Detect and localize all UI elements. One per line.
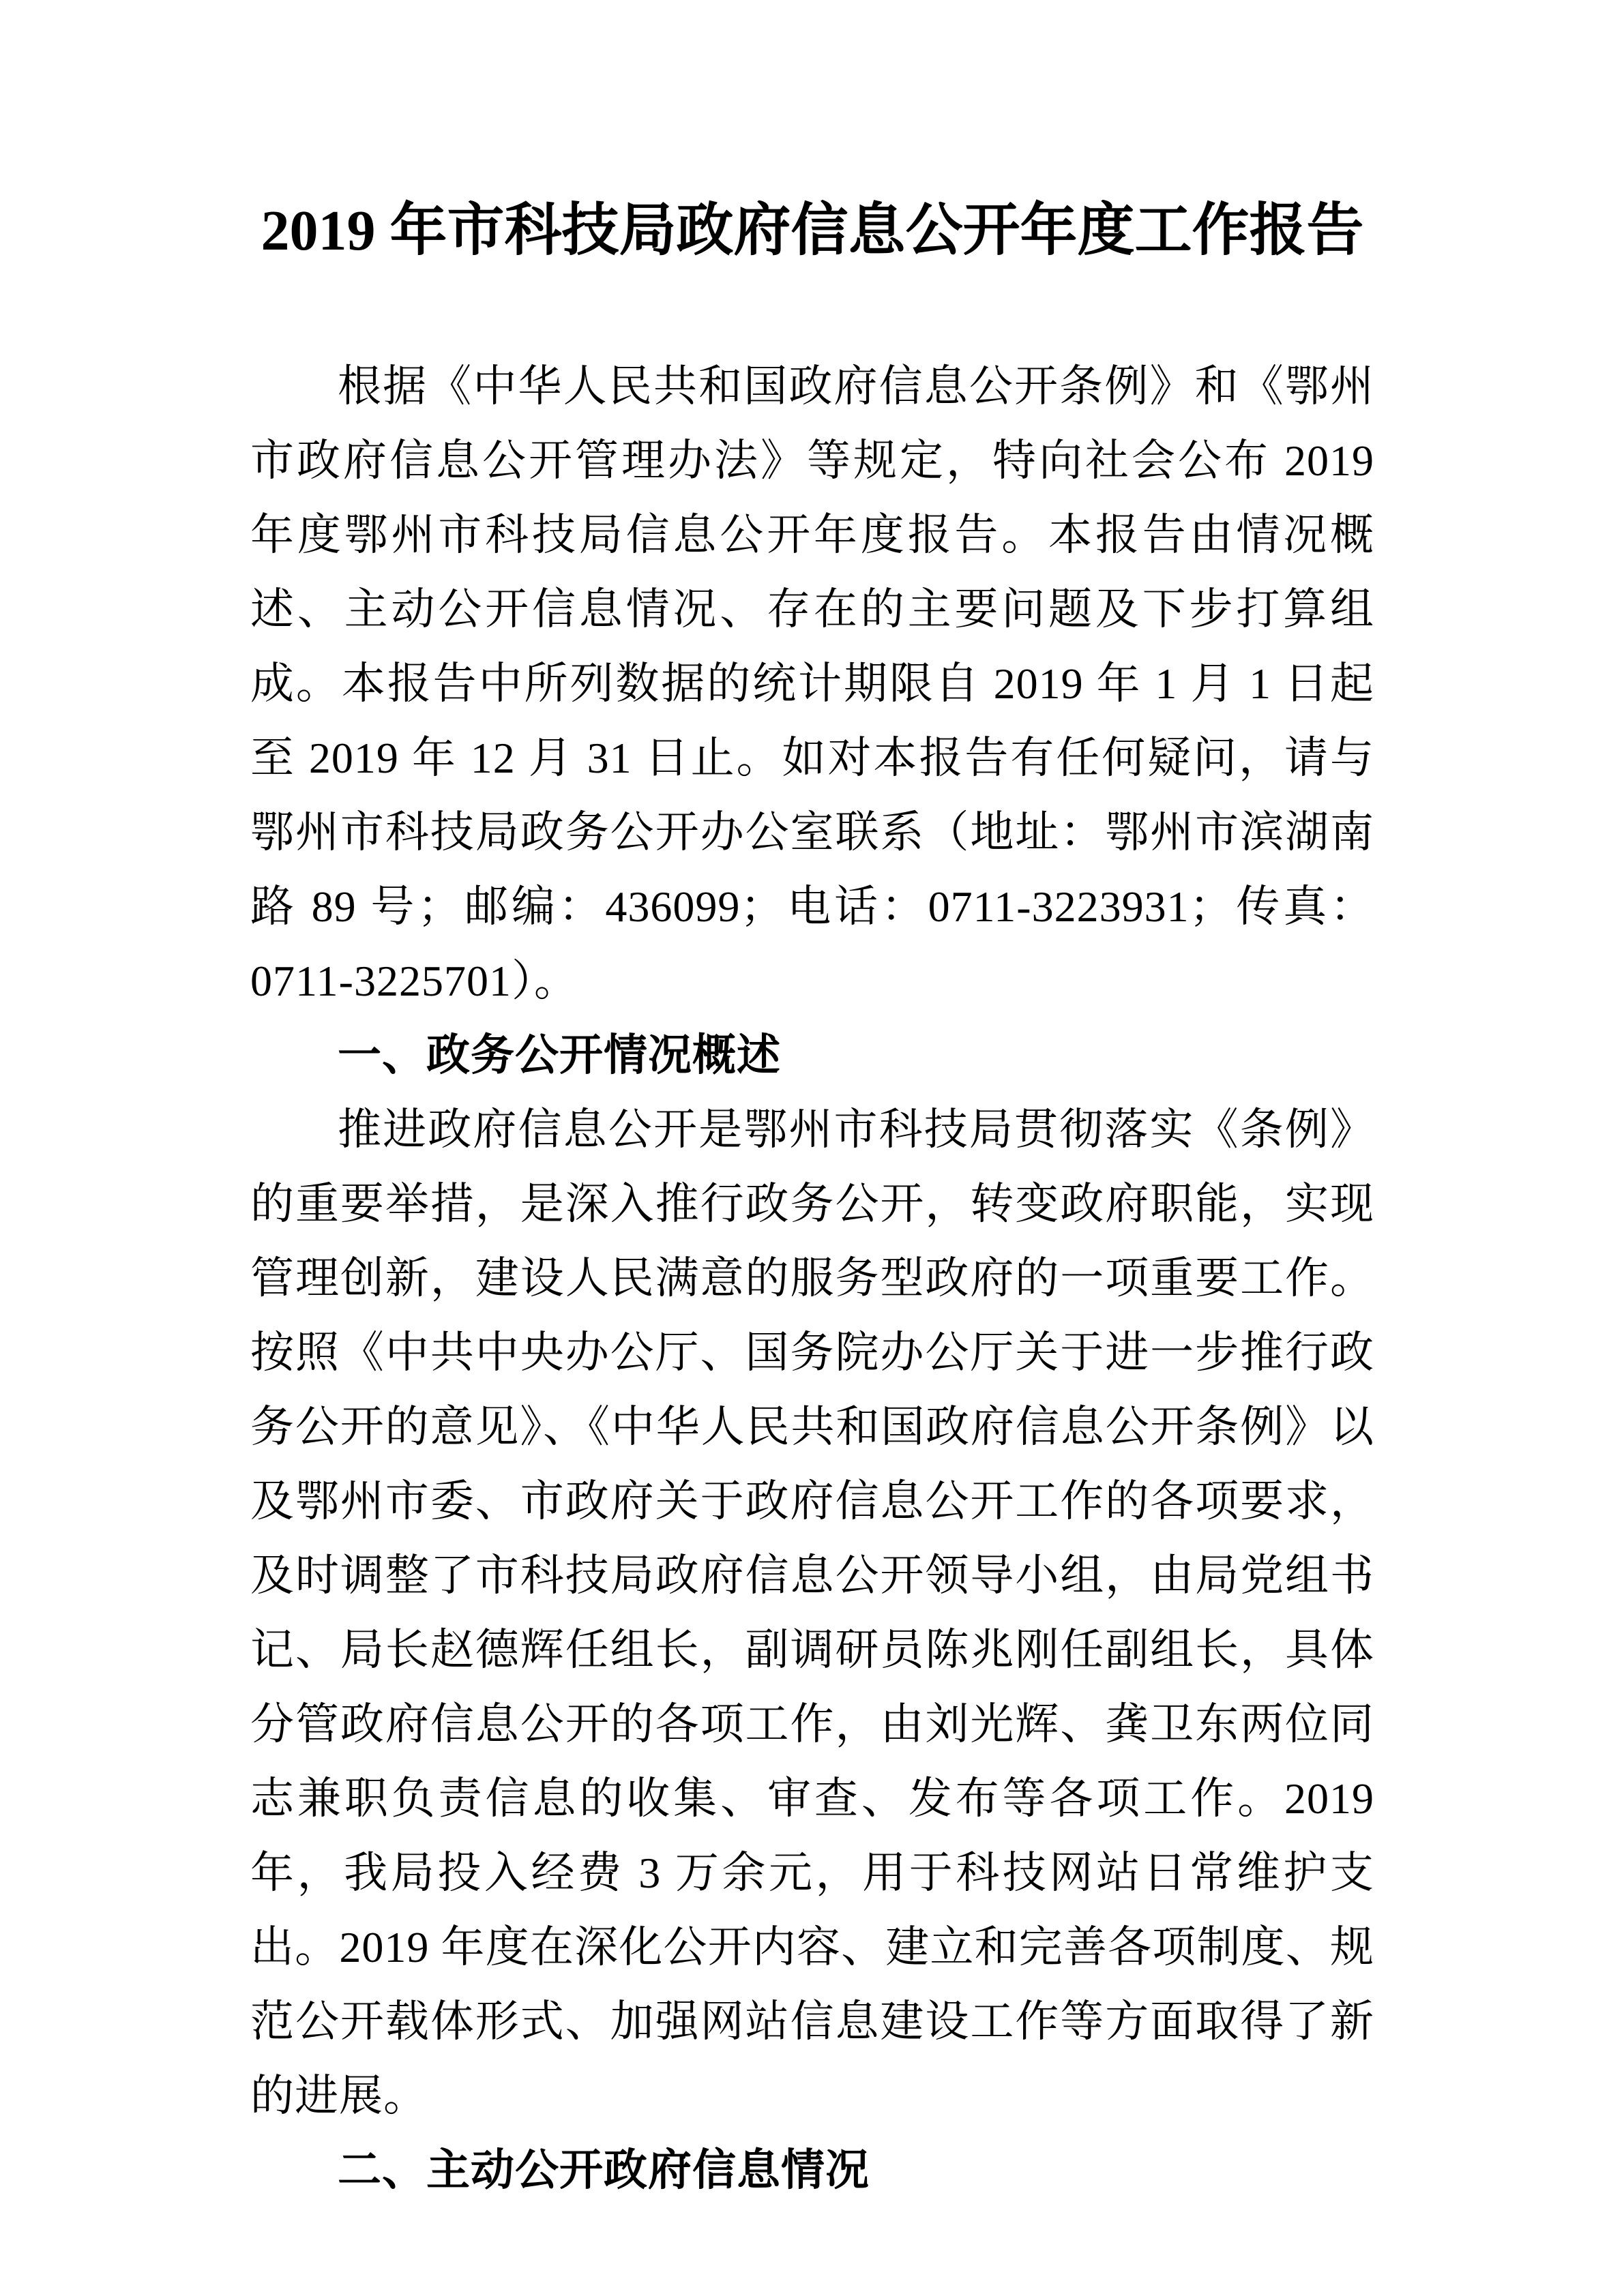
- section-1-body-paragraph: 推进政府信息公开是鄂州市科技局贯彻落实《条例》的重要举措，是深入推行政务公开，转…: [250, 1092, 1374, 2133]
- section-1-heading: 一、政务公开情况概述: [250, 1018, 1374, 1092]
- document-title: 2019 年市科技局政府信息公开年度工作报告: [250, 191, 1374, 271]
- document-page: 2019 年市科技局政府信息公开年度工作报告 根据《中华人民共和国政府信息公开条…: [0, 0, 1624, 2296]
- section-2-heading: 二、主动公开政府信息情况: [250, 2133, 1374, 2207]
- document-content: 2019 年市科技局政府信息公开年度工作报告 根据《中华人民共和国政府信息公开条…: [250, 0, 1374, 2207]
- intro-paragraph: 根据《中华人民共和国政府信息公开条例》和《鄂州市政府信息公开管理办法》等规定，特…: [250, 349, 1374, 1018]
